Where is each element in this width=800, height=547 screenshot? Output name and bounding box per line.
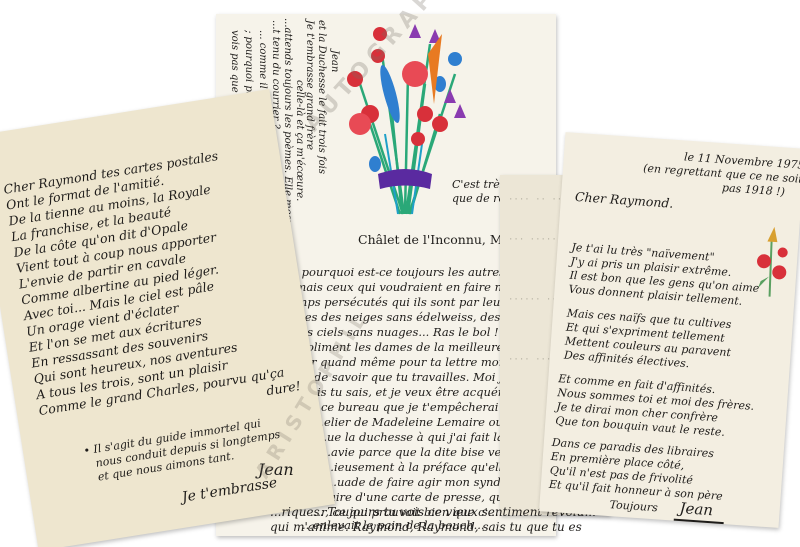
body-line: ...aire d'une carte de presse, qu... — [318, 490, 514, 504]
body-line: jamais ceux qui voudraient en faire n'e.… — [285, 280, 523, 294]
closing: Toujours — [609, 498, 658, 514]
body-line: ...is tu sais, et je veux être acquéreur — [306, 385, 523, 399]
body-line: temps persécutés qui ils sont par leurs … — [285, 295, 530, 309]
signature-underline — [674, 519, 724, 524]
body-line: ...avie parce que la dite bise venu... — [320, 445, 527, 459]
body-line: ...ue la duchesse à qui j'ai fait la ... — [316, 430, 518, 444]
body-line: ...uade de faire agir mon syndic... — [326, 475, 522, 489]
body-line: ...ce bureau que je t'empêcherai bien — [310, 400, 527, 414]
letter-right-sheet: le 11 Novembre 1975. (en regrettant que … — [539, 132, 800, 528]
body-line: des ciels sans nuages... Ras le bol ! — [293, 325, 499, 339]
letters-photo: vois pas que ; pourquoi pas ... comme il… — [0, 0, 800, 547]
salutation: Cher Raymond. — [575, 189, 674, 211]
signature: Jean — [679, 499, 714, 519]
body-line: ...ieusement à la préface qu'elle — [323, 460, 509, 474]
margin-line: vois pas que — [229, 30, 240, 93]
body-line: qui m'anime. Raymond, Raymond, sais tu q… — [270, 520, 582, 534]
closing: Je t'embrasse — [181, 475, 278, 506]
